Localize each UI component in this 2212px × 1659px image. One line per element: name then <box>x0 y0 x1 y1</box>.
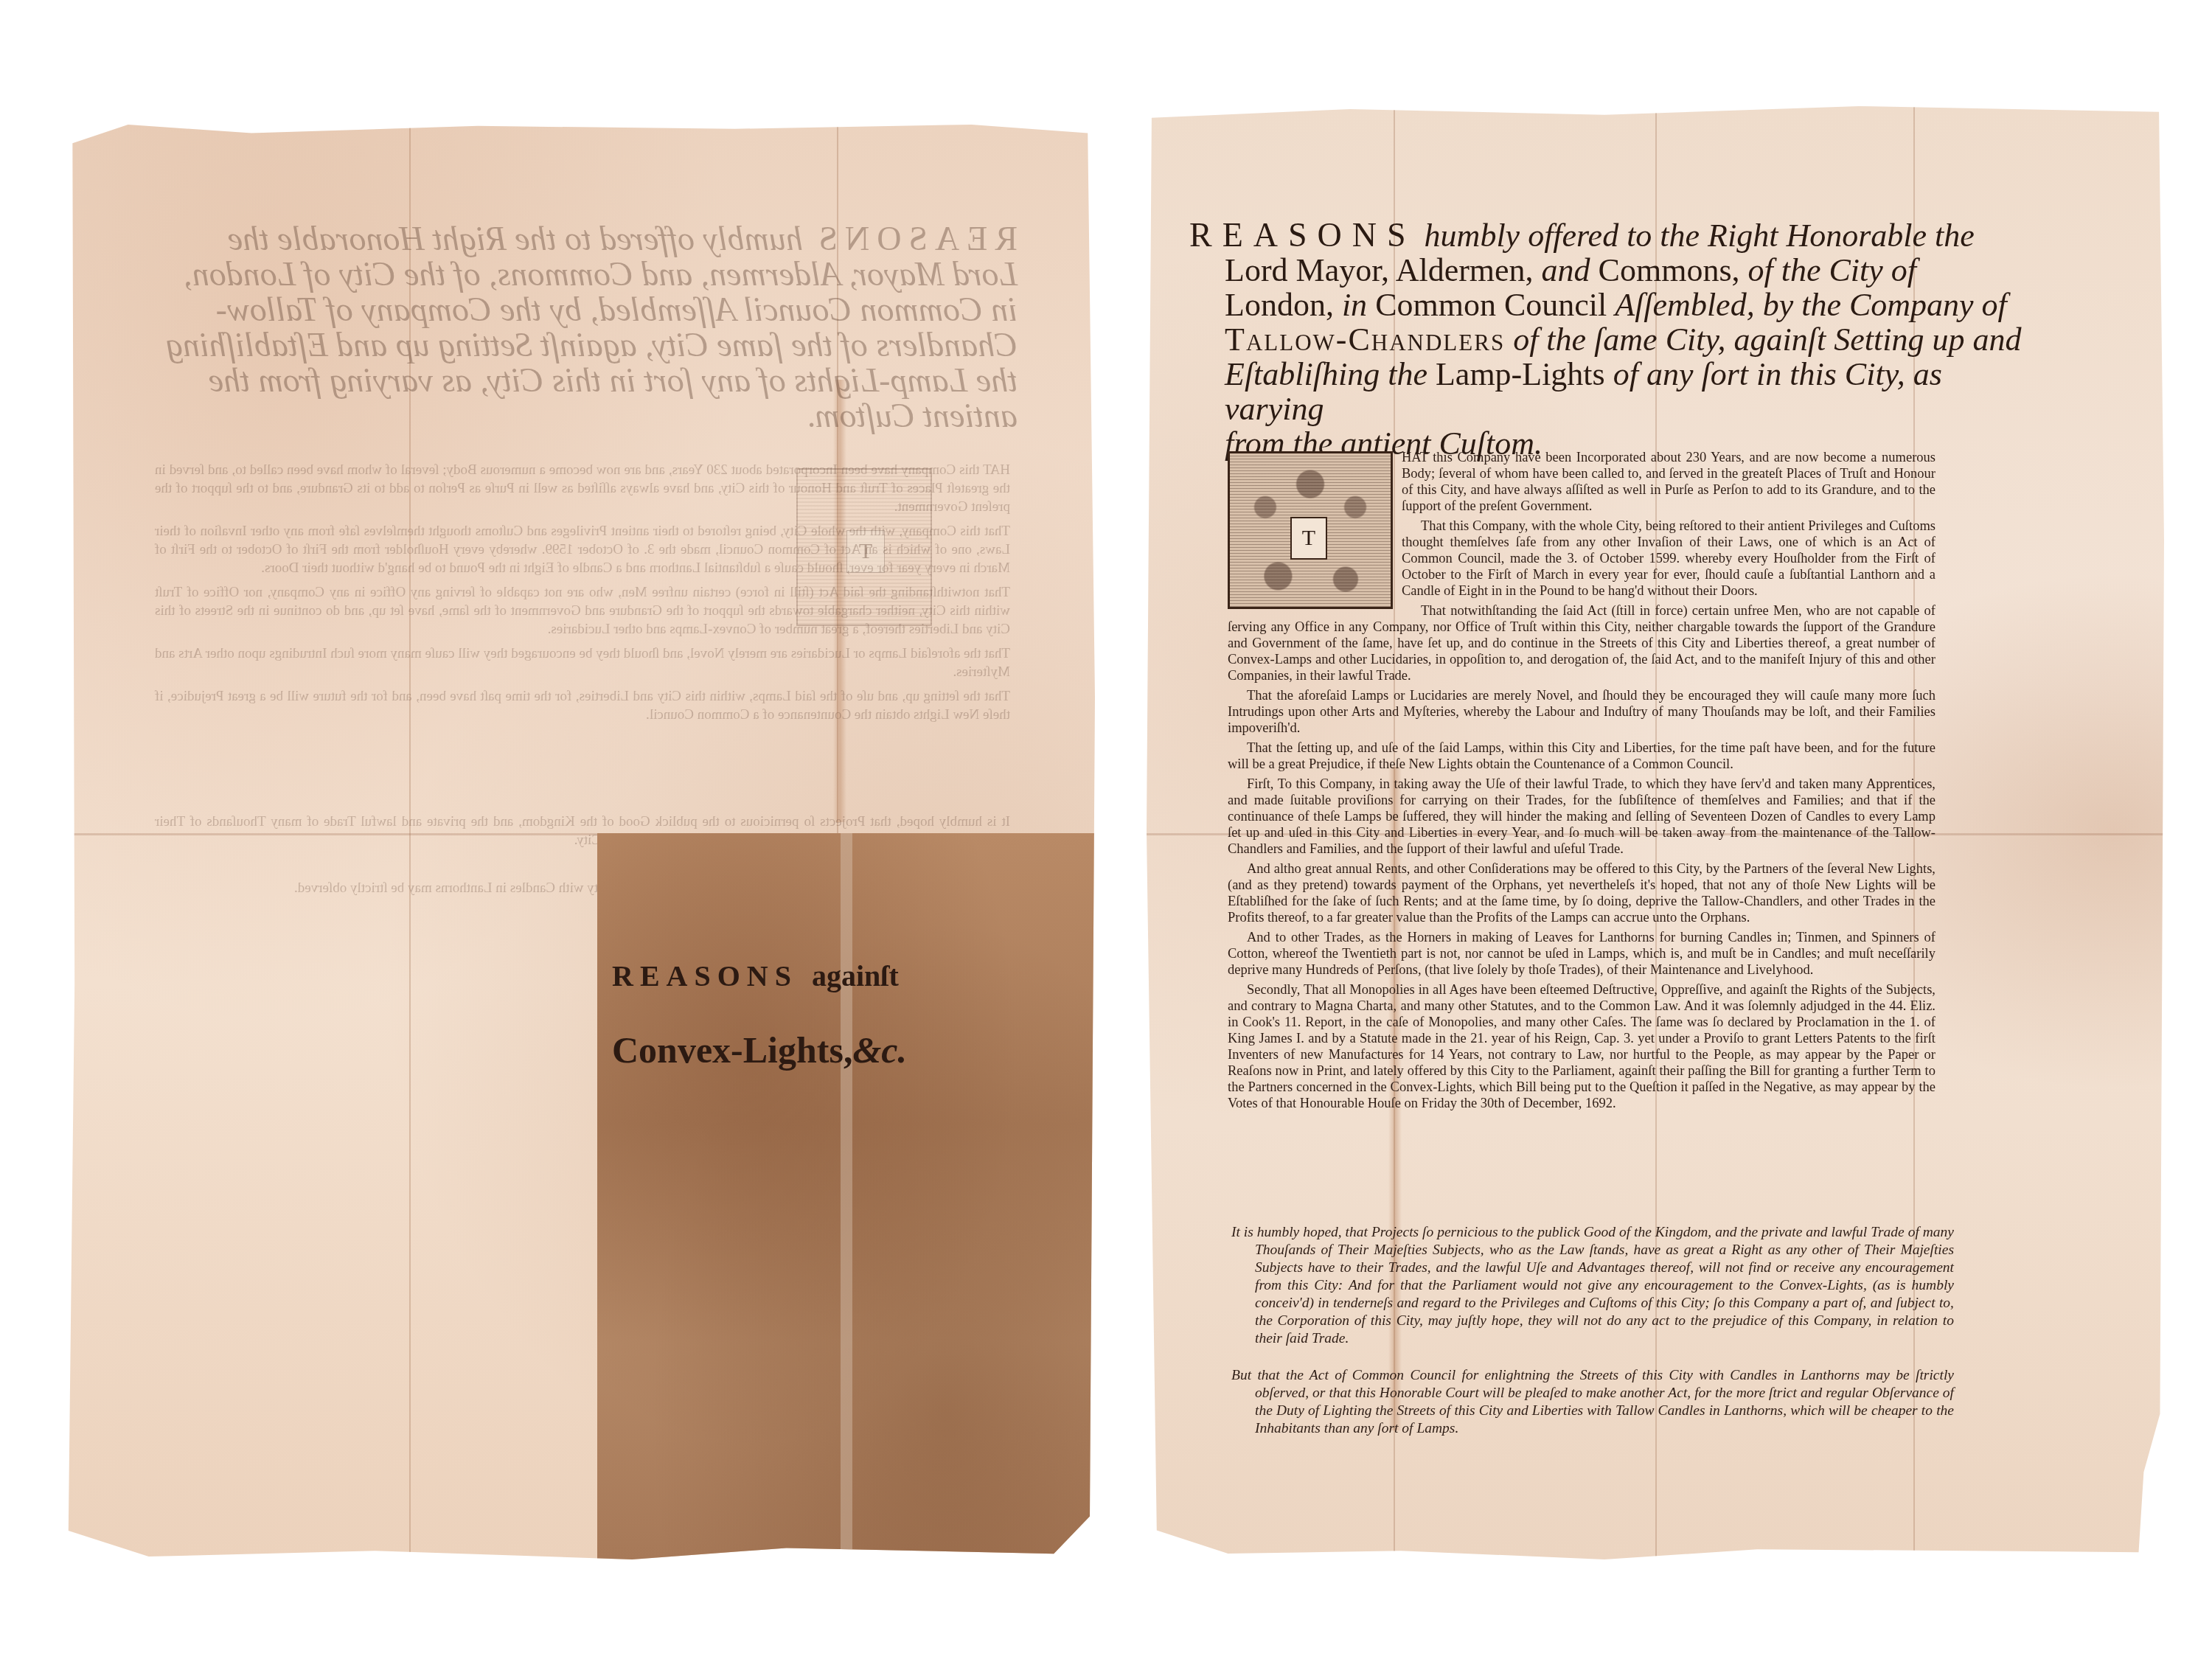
initial-letter: T <box>1290 517 1327 560</box>
docket-title-rest: againſt <box>812 959 899 992</box>
right-page-recto: REASONS humbly offered to the Right Hono… <box>1147 103 2164 1559</box>
docket-cover-panel: REASONS againſt Convex-Lights,&c. <box>597 833 1095 1559</box>
body-paragraph: That notwithſtanding the ſaid Act (ſtill… <box>1228 603 1935 684</box>
document-closing: It is humbly hoped, that Projects ſo per… <box>1231 1224 1954 1457</box>
document-title: REASONS humbly offered to the Right Hono… <box>1189 218 2045 461</box>
body-paragraph: That the ſetting up, and uſe of the ſaid… <box>1228 740 1935 773</box>
woodcut-initial-icon: T <box>1228 451 1393 609</box>
docket-title: REASONS againſt Convex-Lights,&c. <box>612 959 907 1071</box>
body-paragraph: And to other Trades, as the Horners in m… <box>1228 930 1935 978</box>
closing-paragraph: But that the Act of Common Council for e… <box>1231 1367 1954 1438</box>
document-body: T HAT this Company have been Incorporate… <box>1228 450 1935 1116</box>
title-caps: REASONS <box>1189 216 1416 254</box>
docket-subtitle-etc: &c. <box>852 1029 907 1071</box>
docket-title-caps: REASONS <box>612 959 798 992</box>
closing-paragraph: It is humbly hoped, that Projects ſo per… <box>1231 1224 1954 1348</box>
body-paragraph: Firſt, To this Company, in taking away t… <box>1228 776 1935 858</box>
body-paragraph: And altho great annual Rents, and other … <box>1228 861 1935 926</box>
bleed-through-heading: REASONS humbly offered to the Right Hono… <box>162 221 1018 434</box>
fold-crease-vertical <box>841 833 852 1559</box>
left-page-verso: REASONS humbly offered to the Right Hono… <box>66 122 1095 1559</box>
docket-subtitle: Convex-Lights, <box>612 1029 852 1071</box>
body-paragraph: Secondly, That all Monopolies in all Age… <box>1228 982 1935 1112</box>
body-paragraph: That the aforeſaid Lamps or Lucidaries a… <box>1228 688 1935 737</box>
